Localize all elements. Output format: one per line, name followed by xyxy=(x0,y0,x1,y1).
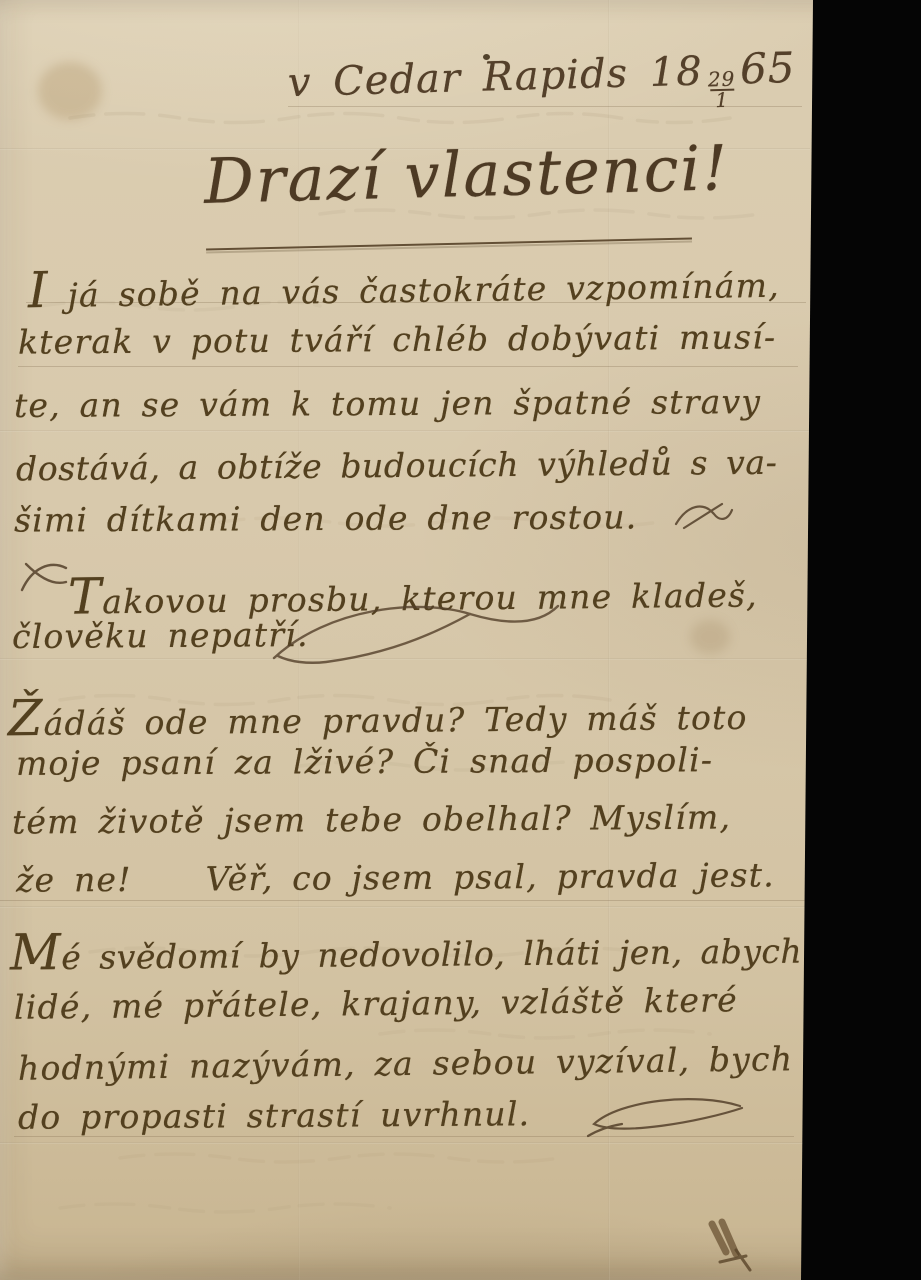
fold-crease xyxy=(0,1142,810,1144)
salutation-underline xyxy=(206,237,692,250)
ruled-guide-line xyxy=(18,366,798,367)
ruled-guide-line xyxy=(0,900,806,901)
letter-line-part: Věř, co jsem psal, pravda jest. xyxy=(206,855,775,898)
date-year: 65 xyxy=(739,43,796,94)
pen-flourish-paragraph-mark xyxy=(18,556,70,596)
dateline: v Cedar Rapids 1829165 xyxy=(287,43,796,122)
pen-flourish-closing-loop xyxy=(586,1090,746,1142)
letter-line: te, an se vám k tomu jen špatné stravy xyxy=(14,382,761,425)
salutation: Drazí vlastenci! xyxy=(203,131,730,218)
dateline-place: v Cedar Rapids 18 xyxy=(287,49,703,107)
letter-line: tém životě jsem tebe obelhal? Myslím, xyxy=(12,797,731,841)
scanned-letter-view: v Cedar Rapids 1829165 Drazí vlastenci! … xyxy=(0,0,921,1280)
pen-flourish-line-end xyxy=(674,498,734,534)
letter-line: lidé, mé přátele, krajany, vzláště které xyxy=(14,980,738,1027)
letter-line: moje psaní za lživé? Či snad pospoli- xyxy=(16,740,713,783)
letter-line: Mé svědomí by nedovolilo, lháti jen, aby… xyxy=(10,917,803,982)
letter-line: dostává, a obtíže budoucích výhledů s va… xyxy=(16,443,778,489)
letter-line: člověku nepatří. xyxy=(12,615,309,656)
date-fraction-denominator: 1 xyxy=(710,89,734,111)
fold-crease xyxy=(0,658,810,660)
letter-line: šimi dítkami den ode dne rostou. xyxy=(14,497,638,539)
letter-line-part: že ne! xyxy=(16,860,132,900)
letter-line: hodnými nazývám, za sebou vyzíval, bych xyxy=(18,1039,794,1087)
paper-stain xyxy=(690,620,730,654)
letter-line: že ne! Věř, co jsem psal, pravda jest. xyxy=(16,855,775,899)
ruled-guide-line xyxy=(14,1136,794,1137)
letter-line: kterak v potu tváří chléb dobývati musí- xyxy=(18,317,777,361)
paper-stain xyxy=(38,62,102,120)
letter-line: do propasti strastí uvrhnul. xyxy=(18,1094,531,1137)
date-fraction: 291 xyxy=(705,70,740,111)
letter-line: I já sobě na vás častokráte vzpomínám, xyxy=(28,251,780,319)
fold-crease xyxy=(0,430,810,432)
letter-line: Žádáš ode mne pravdu? Tedy máš toto xyxy=(8,683,748,747)
pen-scratch-mark xyxy=(692,1216,766,1278)
letter-page: v Cedar Rapids 1829165 Drazí vlastenci! … xyxy=(0,0,921,1280)
date-fraction-numerator: 29 xyxy=(705,70,739,90)
fold-crease xyxy=(0,906,810,908)
